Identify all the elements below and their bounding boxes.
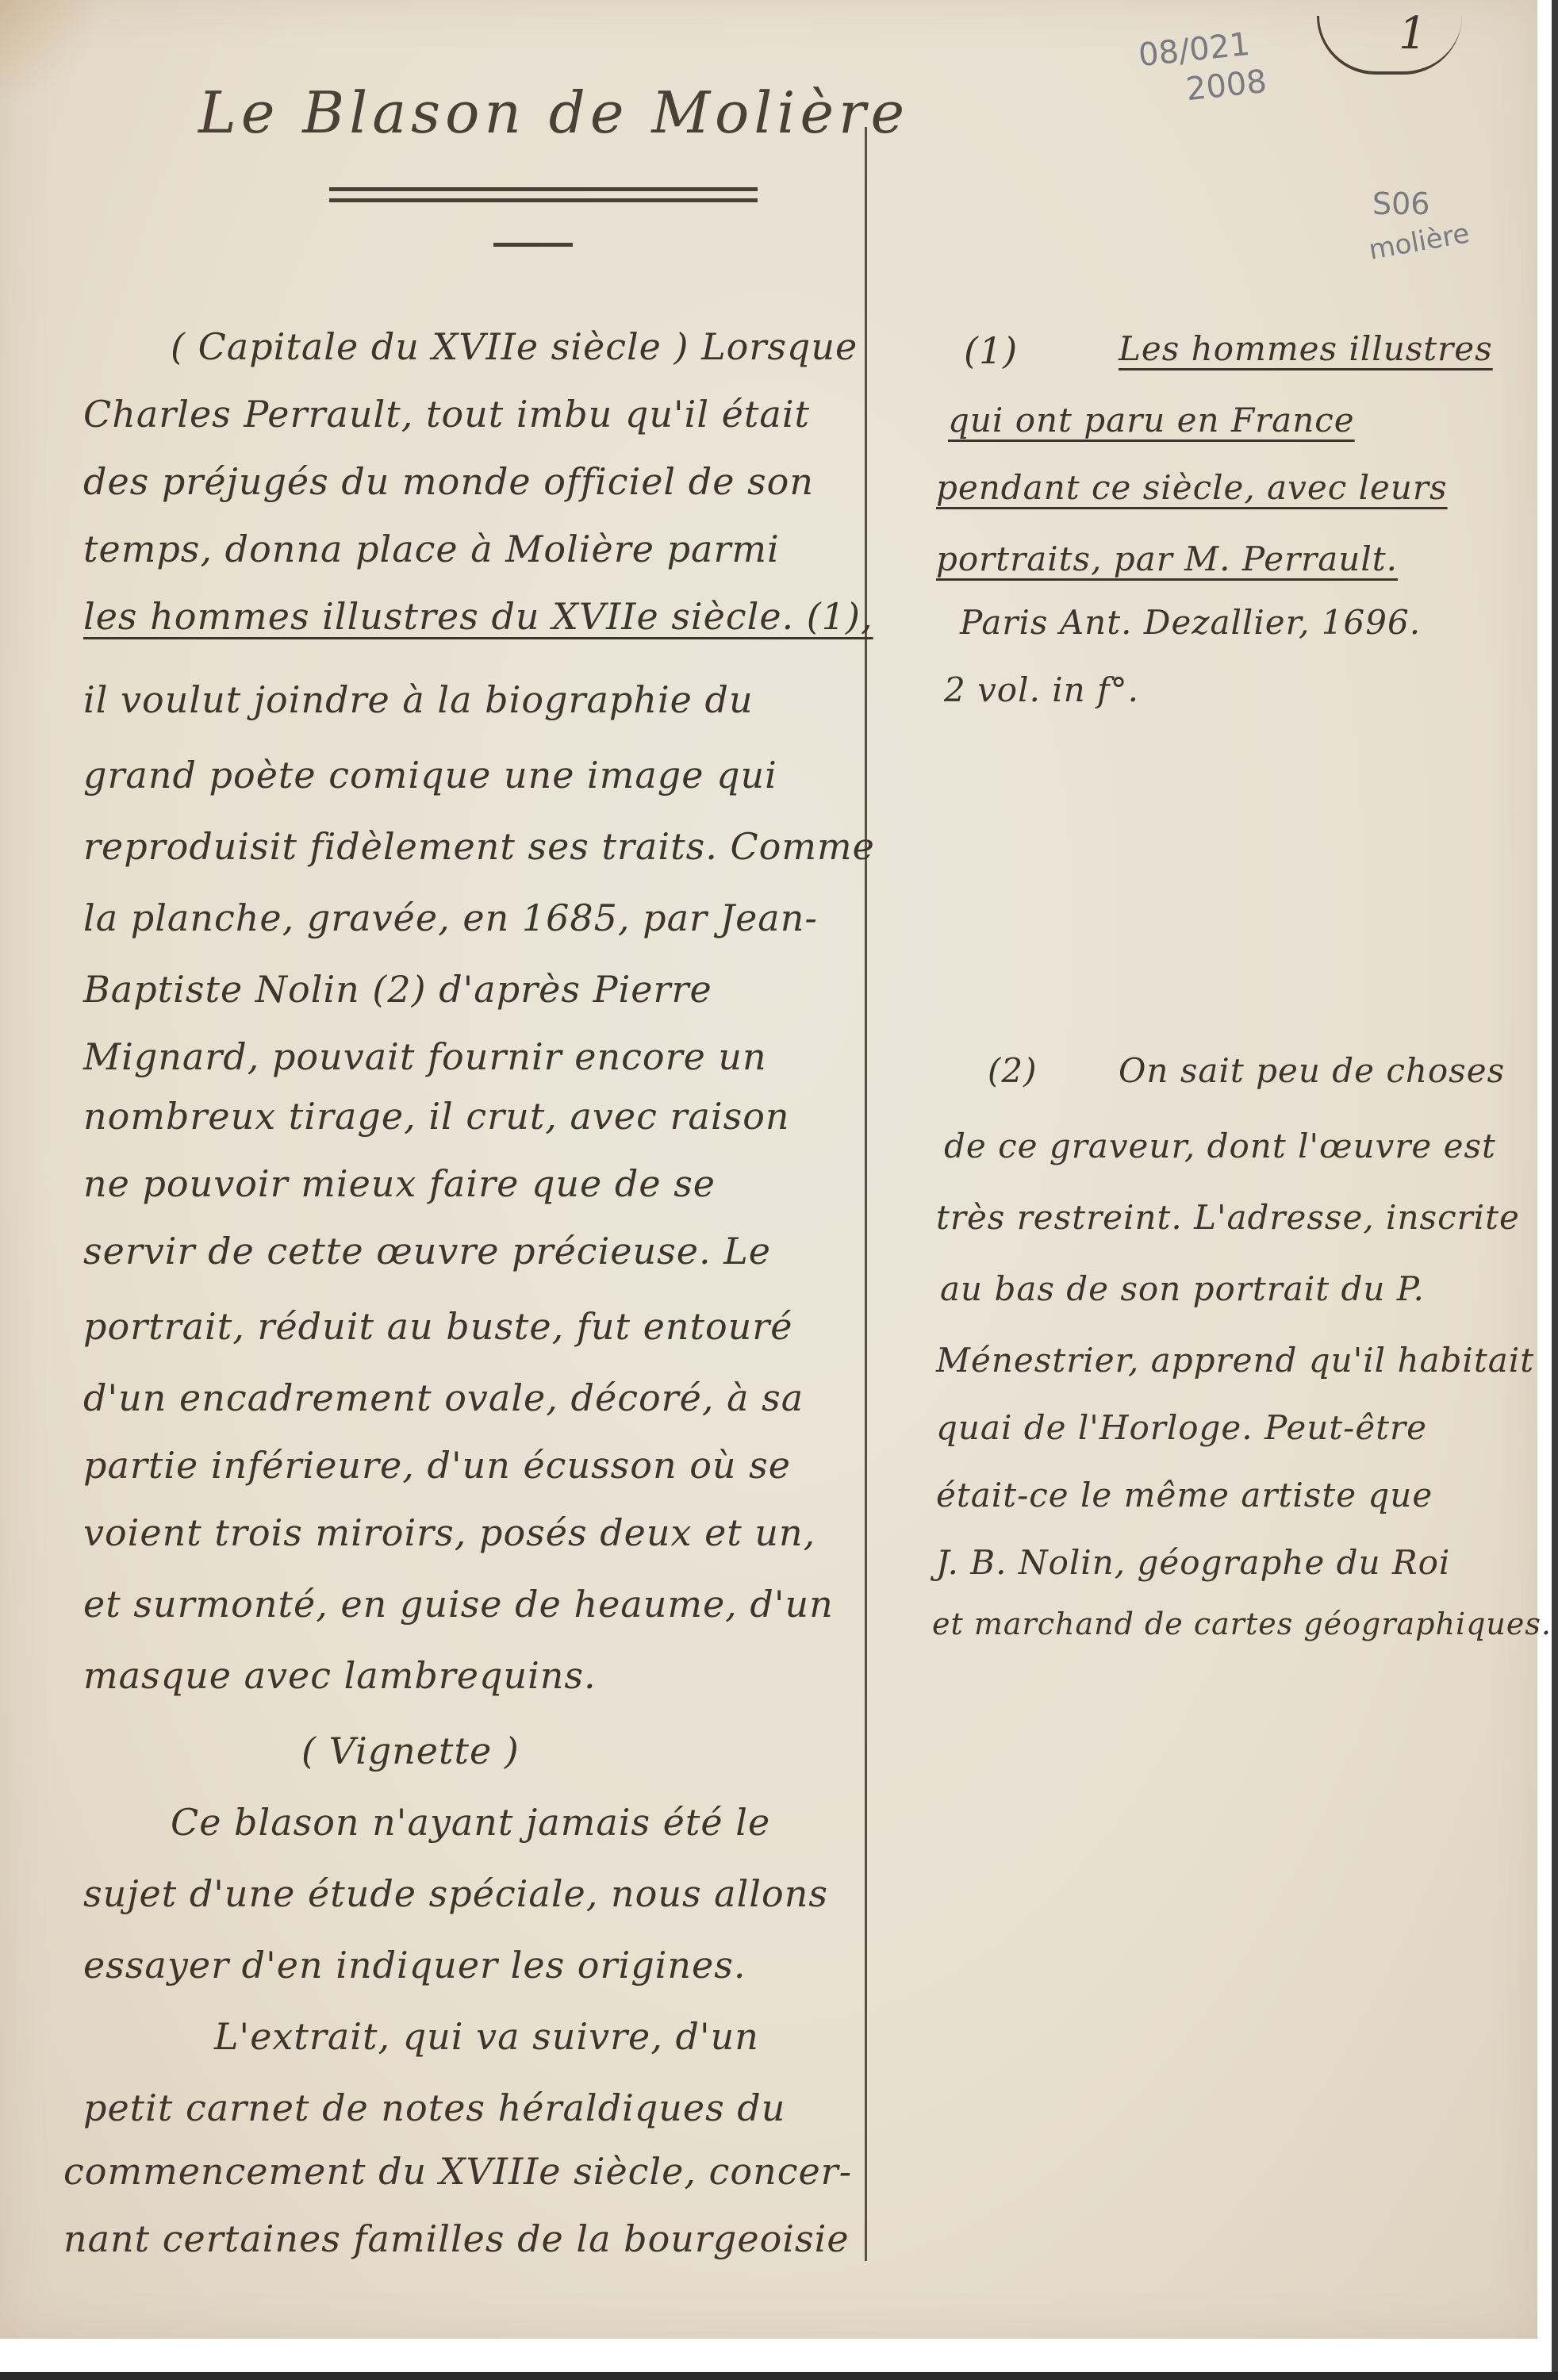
footnote-1-line: pendant ce siècle, avec leurs (936, 468, 1448, 507)
text-line: partie inférieure, d'un écusson où se (83, 1444, 791, 1487)
page-title: Le Blason de Molière (198, 79, 909, 146)
footnote-1-line: 2 vol. in f°. (944, 670, 1139, 709)
text-line: L'extrait, qui va suivre, d'un (214, 2015, 759, 2058)
text-line: grand poète comique une image qui (83, 754, 777, 797)
footnote-2-line: et marchand de cartes géographiques. (932, 1606, 1552, 1641)
footnote-2-line: au bas de son portrait du P. (940, 1269, 1425, 1308)
footnote-2-marker: (2) (988, 1051, 1038, 1090)
text-line: sujet d'une étude spéciale, nous allons (83, 1872, 828, 1915)
folio-number: 1 (1399, 8, 1427, 59)
scan-edge-right (1552, 0, 1558, 2380)
footnote-2-line: était-ce le même artiste que (936, 1476, 1433, 1514)
text-line: temps, donna place à Molière parmi (83, 528, 780, 570)
title-double-rule-top (329, 187, 758, 191)
footnote-1-marker: (1) (964, 329, 1018, 372)
footnote-2-line: J. B. Nolin, géographe du Roi (936, 1543, 1450, 1582)
text-line-underlined: les hommes illustres du XVIIe siècle. (1… (83, 595, 873, 638)
text-line: la planche, gravée, en 1685, par Jean- (83, 896, 818, 939)
text-line: essayer d'en indiquer les origines. (83, 1944, 746, 1987)
text-line: Mignard, pouvait fournir encore un (83, 1035, 767, 1078)
text-line: et surmonté, en guise de heaume, d'un (83, 1583, 834, 1626)
text-line: servir de cette œuvre précieuse. Le (83, 1230, 771, 1273)
pencil-note-line1: S06 (1372, 186, 1429, 221)
text-line: commencement du XVIIIe siècle, concer- (63, 2150, 852, 2193)
footnote-2-line: de ce graveur, dont l'œuvre est (944, 1127, 1496, 1165)
footnote-1-line: Paris Ant. Dezallier, 1696. (960, 603, 1421, 642)
text-line: masque avec lambrequins. (83, 1654, 597, 1697)
title-short-rule (493, 243, 573, 247)
scan-edge-bottom (0, 2372, 1558, 2380)
text-line: voient trois miroirs, posés deux et un, (83, 1511, 815, 1554)
vignette-label: ( Vignette ) (301, 1729, 520, 1772)
footnote-1-line: Les hommes illustres (1119, 329, 1493, 368)
footnote-1-line: qui ont paru en France (948, 401, 1355, 440)
text-line: Ce blason n'ayant jamais été le (171, 1801, 770, 1844)
text-line: nant certaines familles de la bourgeoisi… (63, 2217, 850, 2260)
footnote-2-line: quai de l'Horloge. Peut-être (936, 1408, 1427, 1447)
title-double-rule-bottom (329, 198, 758, 202)
text-line: reproduisit fidèlement ses traits. Comme (83, 825, 875, 868)
footnote-2-line: très restreint. L'adresse, inscrite (936, 1198, 1520, 1237)
footnote-2-line: Ménestrier, apprend qu'il habitait (936, 1341, 1534, 1380)
text-line: Baptiste Nolin (2) d'après Pierre (83, 968, 712, 1011)
text-line: petit carnet de notes héraldiques du (83, 2086, 785, 2129)
text-line: il voulut joindre à la biographie du (83, 678, 754, 721)
footnote-2-line: On sait peu de choses (1119, 1051, 1505, 1090)
text-line: Charles Perrault, tout imbu qu'il était (83, 393, 810, 436)
column-divider (865, 127, 867, 2261)
text-line: ne pouvoir mieux faire que de se (83, 1162, 716, 1205)
footnote-1-line: portraits, par M. Perrault. (936, 539, 1398, 578)
text-line: d'un encadrement ovale, décoré, à sa (83, 1376, 804, 1419)
text-line: des préjugés du monde officiel de son (83, 460, 814, 503)
text-line: ( Capitale du XVIIe siècle ) Lorsque (171, 325, 858, 368)
text-line: portrait, réduit au buste, fut entouré (83, 1305, 793, 1348)
text-line: nombreux tirage, il crut, avec raison (83, 1095, 790, 1138)
